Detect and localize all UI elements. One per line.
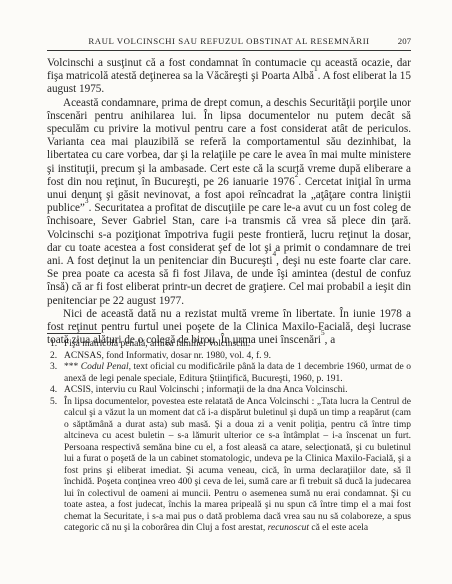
footnote-item: 2.ACNSAS, fond Informativ, dosar nr. 198…	[47, 351, 411, 363]
footnote-reference: 2	[295, 170, 299, 179]
body-paragraph: Volcinschi a susţinut că a fost condamna…	[47, 57, 411, 97]
page-header: RAUL VOLCINSCHI SAU REFUZUL OBSTINAT AL …	[47, 36, 411, 46]
book-page: RAUL VOLCINSCHI SAU REFUZUL OBSTINAT AL …	[0, 0, 452, 584]
footnote-number: 3.	[50, 362, 57, 374]
body-text: Volcinschi a susţinut că a fost condamna…	[47, 57, 411, 347]
italic-text: Codul Penal	[81, 362, 129, 372]
footnote-reference: 3	[85, 196, 89, 205]
italic-text: recunoscut	[268, 523, 309, 533]
text-run: ACNSAS, fond Informativ, dosar nr. 1980,…	[64, 351, 271, 361]
footnote-item: 4.ACSIS, interviu cu Raul Volcinschi ; i…	[47, 385, 411, 397]
footnote-item: 3.*** Codul Penal, text oficial cu modif…	[47, 362, 411, 385]
footnote-separator	[47, 333, 101, 334]
running-title: RAUL VOLCINSCHI SAU REFUZUL OBSTINAT AL …	[88, 36, 369, 46]
footnote-item: 1.Fişă matricolă penală, arhiva familiei…	[47, 339, 411, 351]
footnote-number: 4.	[50, 385, 57, 397]
footnote-number: 5.	[50, 397, 57, 409]
text-run: ***	[64, 362, 81, 372]
header-rule	[47, 50, 411, 51]
footnotes: 1.Fişă matricolă penală, arhiva familiei…	[47, 339, 411, 535]
text-run: Fişă matricolă penală, arhiva familiei V…	[64, 339, 250, 349]
footnote-number: 2.	[50, 351, 57, 363]
text-run: În lipsa documentelor, povestea este rel…	[64, 397, 411, 534]
footnote-number: 1.	[50, 339, 57, 351]
text-run: ACSIS, interviu cu Raul Volcinschi ; inf…	[64, 385, 347, 395]
footnote-reference: 1	[314, 64, 318, 73]
footnote-reference: 5	[321, 328, 325, 337]
text-run: Această condamnare, prima de drept comun…	[47, 97, 411, 188]
text-run: că el este acela	[309, 523, 368, 533]
footnote-reference: 4	[273, 249, 277, 258]
footnote-item: 5.În lipsa documentelor, povestea este r…	[47, 397, 411, 535]
body-paragraph: Această condamnare, prima de drept comun…	[47, 97, 411, 308]
page-number: 207	[398, 36, 411, 46]
